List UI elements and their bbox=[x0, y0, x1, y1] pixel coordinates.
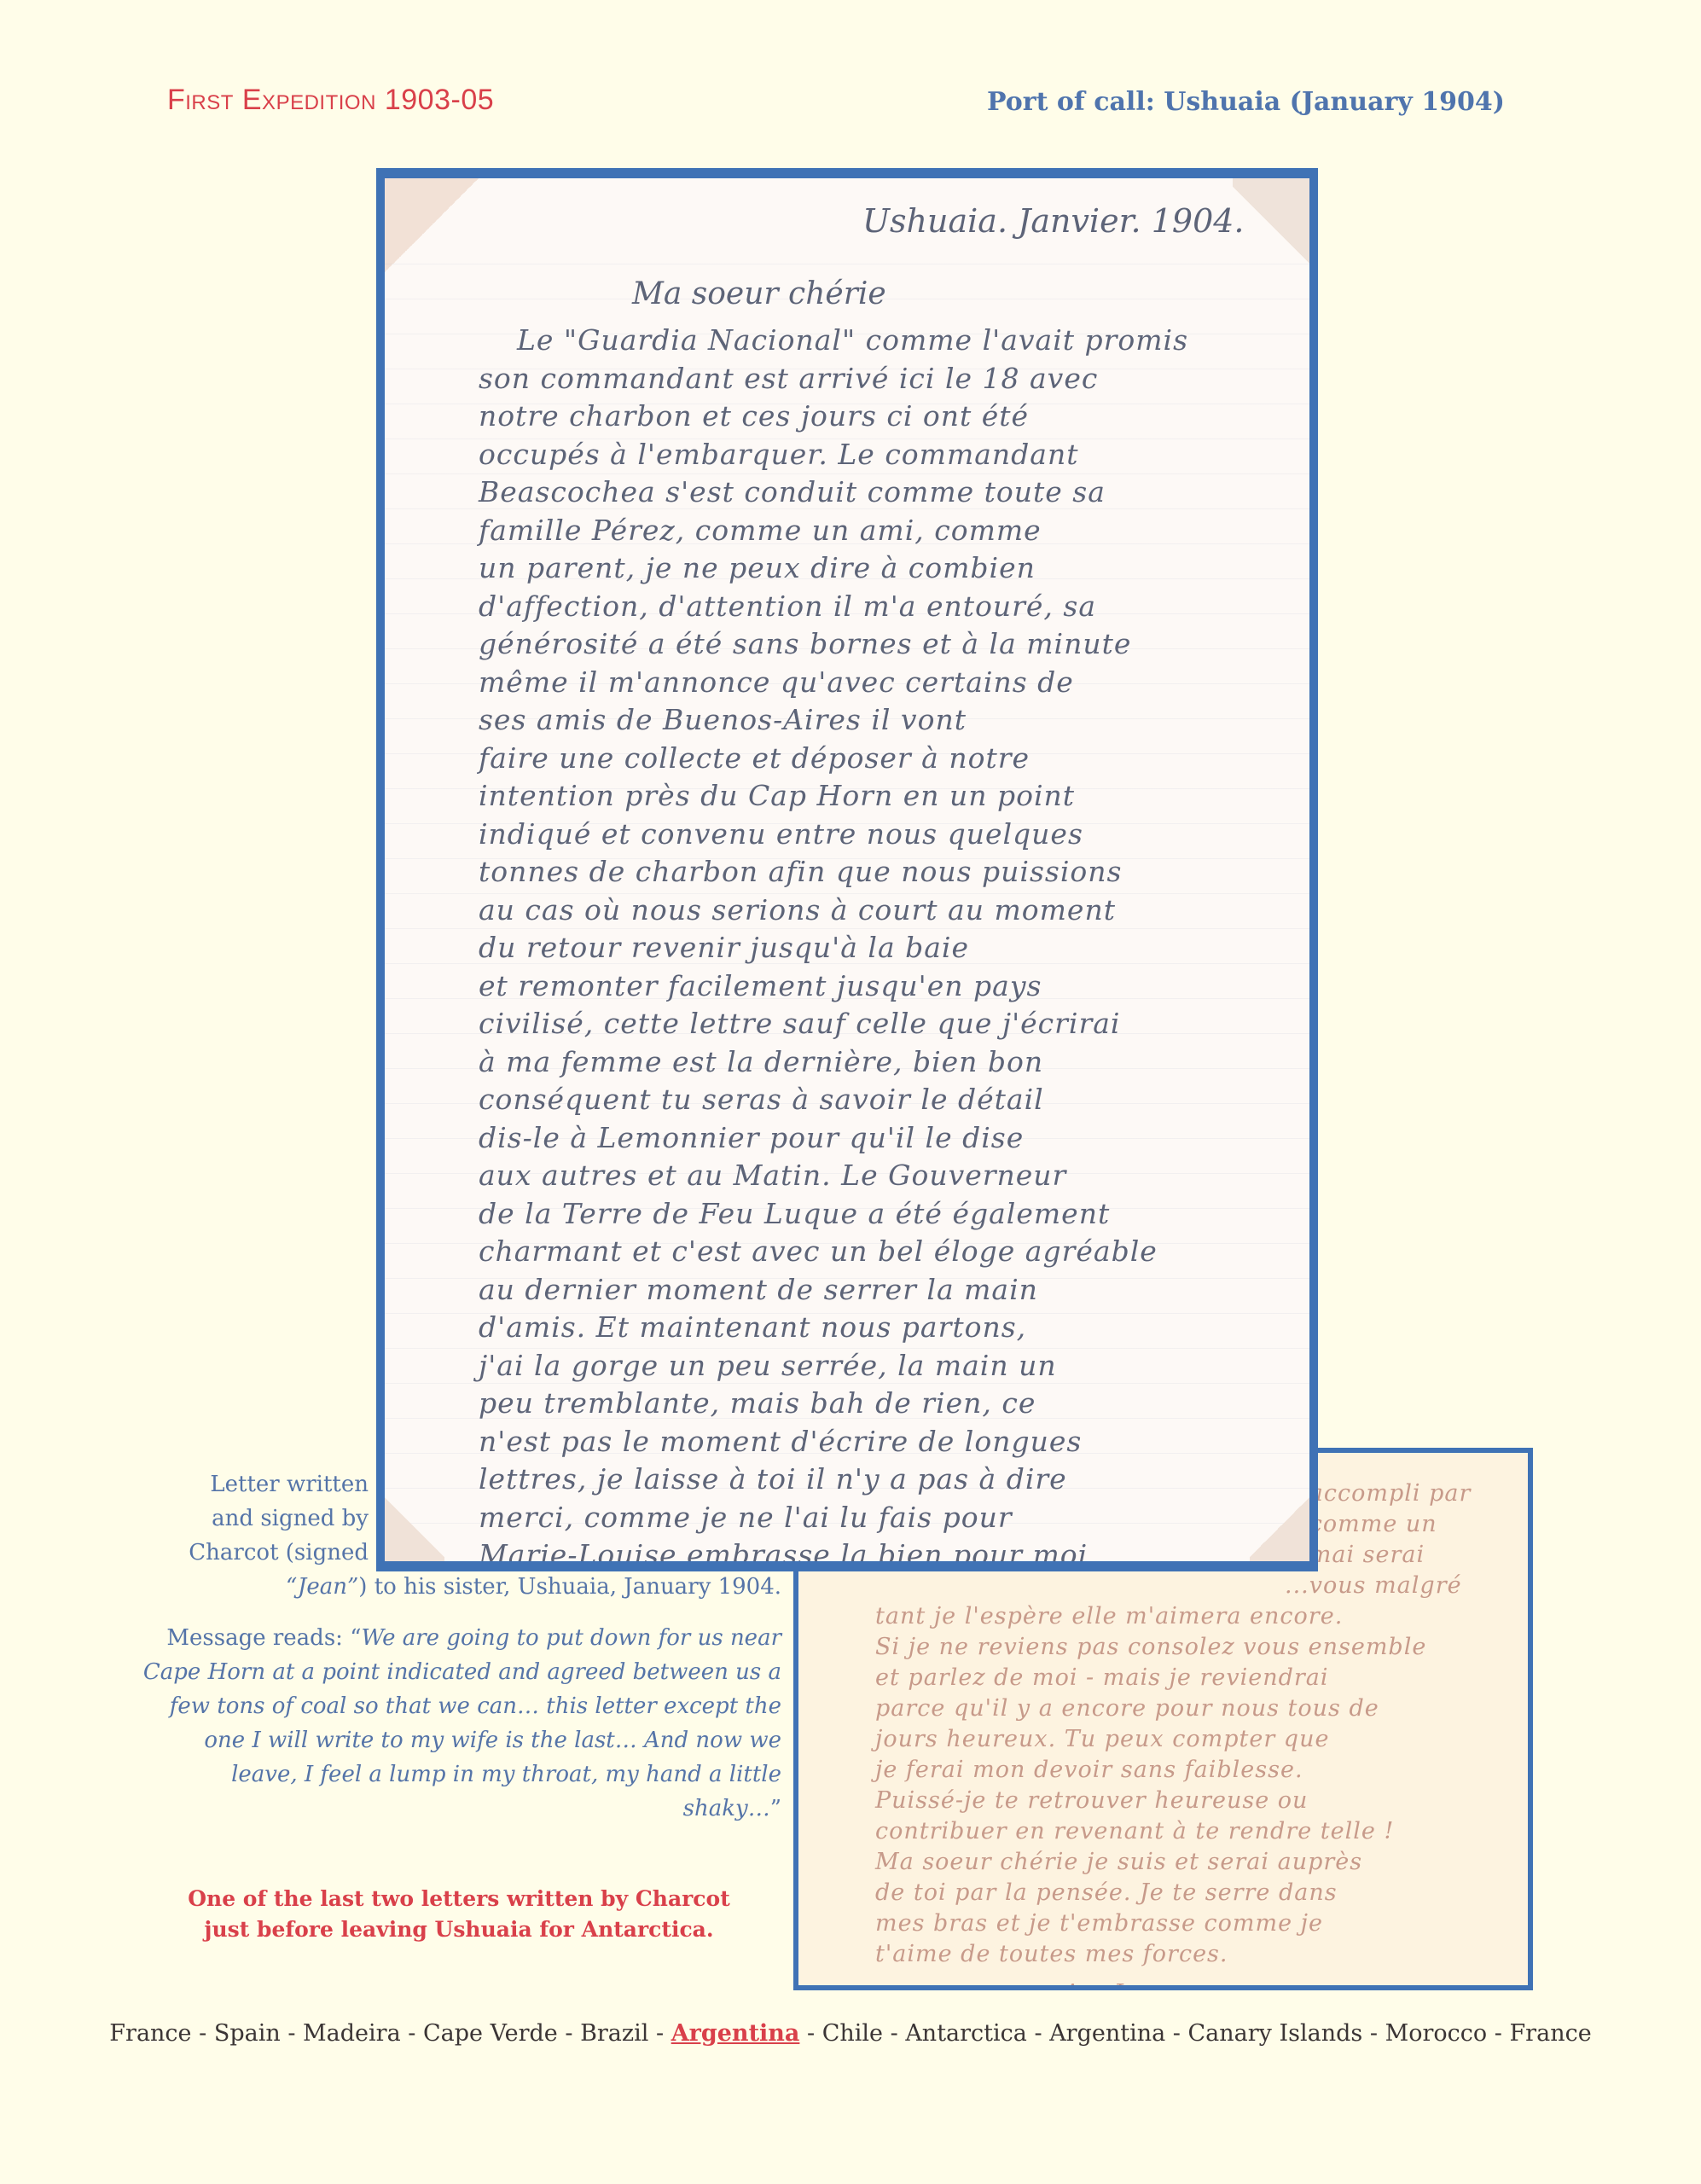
caption-line: and signed by bbox=[136, 1501, 369, 1536]
handwritten-line: et remonter facilement jusqu'en pays bbox=[479, 967, 1188, 1006]
caption-short-lines: Letter writtenand signed byCharcot (sign… bbox=[136, 1467, 369, 1570]
route-stop: Argentina bbox=[671, 2020, 800, 2047]
handwritten-line: générosité a été sans bornes et à la min… bbox=[479, 625, 1188, 664]
letter-page-1-sheet: Ushuaia. Janvier. 1904. Ma soeur chérie … bbox=[385, 178, 1309, 1561]
photo-corner-bottom-left bbox=[385, 1493, 444, 1561]
highlight-note-line-1: One of the last two letters written by C… bbox=[136, 1884, 781, 1914]
highlight-note-line-2: just before leaving Ushuaia for Antarcti… bbox=[136, 1914, 781, 1945]
handwritten-line: au dernier moment de serrer la main bbox=[479, 1271, 1188, 1310]
handwritten-line: aux autres et au Matin. Le Gouverneur bbox=[479, 1157, 1188, 1195]
handwritten-line: faire une collecte et déposer à notre bbox=[479, 740, 1188, 778]
route-stop: Spain bbox=[214, 2020, 281, 2047]
route-separator: - bbox=[799, 2020, 821, 2047]
handwritten-line: famille Pérez, comme un ami, comme bbox=[479, 512, 1188, 550]
handwritten-line: j'ai la gorge un peu serrée, la main un bbox=[479, 1347, 1188, 1385]
route-stop: Chile bbox=[822, 2020, 883, 2047]
highlight-note: One of the last two letters written by C… bbox=[136, 1884, 781, 1945]
handwritten-line: au cas où nous serions à court au moment bbox=[479, 892, 1188, 930]
route-stop: Antarctica bbox=[905, 2020, 1027, 2047]
handwritten-line: mes bras et je t'embrasse comme je bbox=[875, 1908, 1471, 1939]
route-stop: Argentina bbox=[1049, 2020, 1165, 2047]
message-suffix: ” bbox=[770, 1796, 781, 1821]
handwritten-line: conséquent tu seras à savoir le détail bbox=[479, 1081, 1188, 1119]
handwritten-line: et parlez de moi - mais je reviendrai bbox=[875, 1663, 1471, 1693]
route-separator: - bbox=[1487, 2020, 1509, 2047]
handwritten-line: à ma femme est la dernière, bien bon bbox=[479, 1043, 1188, 1082]
route-separator: - bbox=[401, 2020, 423, 2047]
route-separator: - bbox=[1027, 2020, 1049, 2047]
handwritten-line: occupés à l'embarquer. Le commandant bbox=[479, 436, 1188, 474]
handwritten-line: même il m'annonce qu'avec certains de bbox=[479, 664, 1188, 702]
handwritten-line: notre charbon et ces jours ci ont été bbox=[479, 398, 1188, 436]
route-stop: Cape Verde bbox=[423, 2020, 558, 2047]
route-separator: - bbox=[558, 2020, 580, 2047]
handwritten-line: parce qu'il y a encore pour nous tous de bbox=[875, 1693, 1471, 1724]
handwritten-line: d'affection, d'attention il m'a entouré,… bbox=[479, 588, 1188, 626]
route-stop: France bbox=[109, 2020, 191, 2047]
handwritten-line: ses amis de Buenos-Aires il vont bbox=[479, 701, 1188, 740]
handwritten-line: peu tremblante, mais bah de rien, ce bbox=[479, 1385, 1188, 1423]
handwritten-line: intention près du Cap Horn en un point bbox=[479, 777, 1188, 816]
handwritten-line: tant je l'espère elle m'aimera encore. bbox=[875, 1601, 1471, 1632]
route-stop: Madeira bbox=[303, 2020, 401, 2047]
caption-description-line: “Jean”) to his sister, Ushuaia, January … bbox=[136, 1570, 781, 1604]
handwritten-line: Marie-Louise embrasse la bien pour moi bbox=[479, 1536, 1188, 1561]
route-stop: Brazil bbox=[580, 2020, 648, 2047]
caption-line: Letter written bbox=[136, 1467, 369, 1501]
handwritten-line: charmant et c'est avec un bel éloge agré… bbox=[479, 1233, 1188, 1271]
handwritten-line: un parent, je ne peux dire à combien bbox=[479, 549, 1188, 588]
handwritten-line: Si je ne reviens pas consolez vous ensem… bbox=[875, 1632, 1471, 1663]
handwritten-line: lettres, je laisse à toi il n'y a pas à … bbox=[479, 1461, 1188, 1499]
letter-page-1-frame: Ushuaia. Janvier. 1904. Ma soeur chérie … bbox=[376, 168, 1318, 1571]
handwritten-line: n'est pas le moment d'écrire de longues bbox=[479, 1423, 1188, 1461]
handwritten-line: ...vous malgré bbox=[875, 1571, 1471, 1601]
route-stop: Morocco bbox=[1385, 2020, 1488, 2047]
message-translation: Message reads: “We are going to put down… bbox=[136, 1621, 781, 1826]
route-stop: France bbox=[1509, 2020, 1591, 2047]
handwritten-line: tonnes de charbon afin que nous puission… bbox=[479, 853, 1188, 892]
handwritten-line: je ferai mon devoir sans faiblesse. bbox=[875, 1755, 1471, 1786]
handwritten-line: Le "Guardia Nacional" comme l'avait prom… bbox=[479, 322, 1188, 360]
handwritten-line: Puissé-je te retrouver heureuse ou bbox=[875, 1786, 1471, 1816]
route-separator: - bbox=[192, 2020, 214, 2047]
handwritten-line: du retour revenir jusqu'à la baie bbox=[479, 929, 1188, 967]
handwritten-line: de la Terre de Feu Luque a été également bbox=[479, 1195, 1188, 1234]
letter-dateline: Ushuaia. Janvier. 1904. bbox=[862, 202, 1245, 240]
photo-corner-bottom-right bbox=[1250, 1493, 1309, 1561]
handwritten-line: dis-le à Lemonnier pour qu'il le dise bbox=[479, 1119, 1188, 1158]
handwritten-line: d'amis. Et maintenant nous partons, bbox=[479, 1309, 1188, 1347]
handwritten-line: indiqué et convenu entre nous quelques bbox=[479, 816, 1188, 854]
letter-body: Le "Guardia Nacional" comme l'avait prom… bbox=[479, 322, 1188, 1561]
message-text: We are going to put down for us near Cap… bbox=[143, 1625, 781, 1821]
letter-greeting: Ma soeur chérie bbox=[632, 276, 886, 311]
caption-description-rest: ) to his sister, Ushuaia, January 1904. bbox=[358, 1574, 781, 1600]
route-separator: - bbox=[648, 2020, 671, 2047]
signed-name: “Jean” bbox=[286, 1574, 358, 1600]
caption-line: Charcot (signed bbox=[136, 1536, 369, 1570]
handwritten-line: civilisé, cette lettre sauf celle que j'… bbox=[479, 1005, 1188, 1043]
expedition-route: France - Spain - Madeira - Cape Verde - … bbox=[0, 2020, 1701, 2047]
exhibit-title: First Expedition 1903-05 bbox=[167, 84, 494, 117]
route-separator: - bbox=[1165, 2020, 1187, 2047]
handwritten-line: de toi par la pensée. Je te serre dans bbox=[875, 1878, 1471, 1908]
letter-signature: A. - Jean. bbox=[875, 1978, 1471, 1985]
message-prefix: Message reads: “ bbox=[166, 1625, 361, 1651]
route-separator: - bbox=[281, 2020, 303, 2047]
handwritten-line: contribuer en revenant à te rendre telle… bbox=[875, 1816, 1471, 1847]
route-separator: - bbox=[1362, 2020, 1385, 2047]
handwritten-line: son commandant est arrivé ici le 18 avec bbox=[479, 360, 1188, 398]
route-separator: - bbox=[883, 2020, 905, 2047]
handwritten-line: jours heureux. Tu peux compter que bbox=[875, 1724, 1471, 1755]
port-of-call-heading: Port of call: Ushuaia (January 1904) bbox=[987, 87, 1505, 117]
handwritten-line: merci, comme je ne l'ai lu fais pour bbox=[479, 1499, 1188, 1537]
handwritten-line: Beascochea s'est conduit comme toute sa bbox=[479, 473, 1188, 512]
handwritten-line: t'aime de toutes mes forces. bbox=[875, 1939, 1471, 1970]
handwritten-line: Ma soeur chérie je suis et serai auprès bbox=[875, 1847, 1471, 1878]
route-stop: Canary Islands bbox=[1188, 2020, 1363, 2047]
